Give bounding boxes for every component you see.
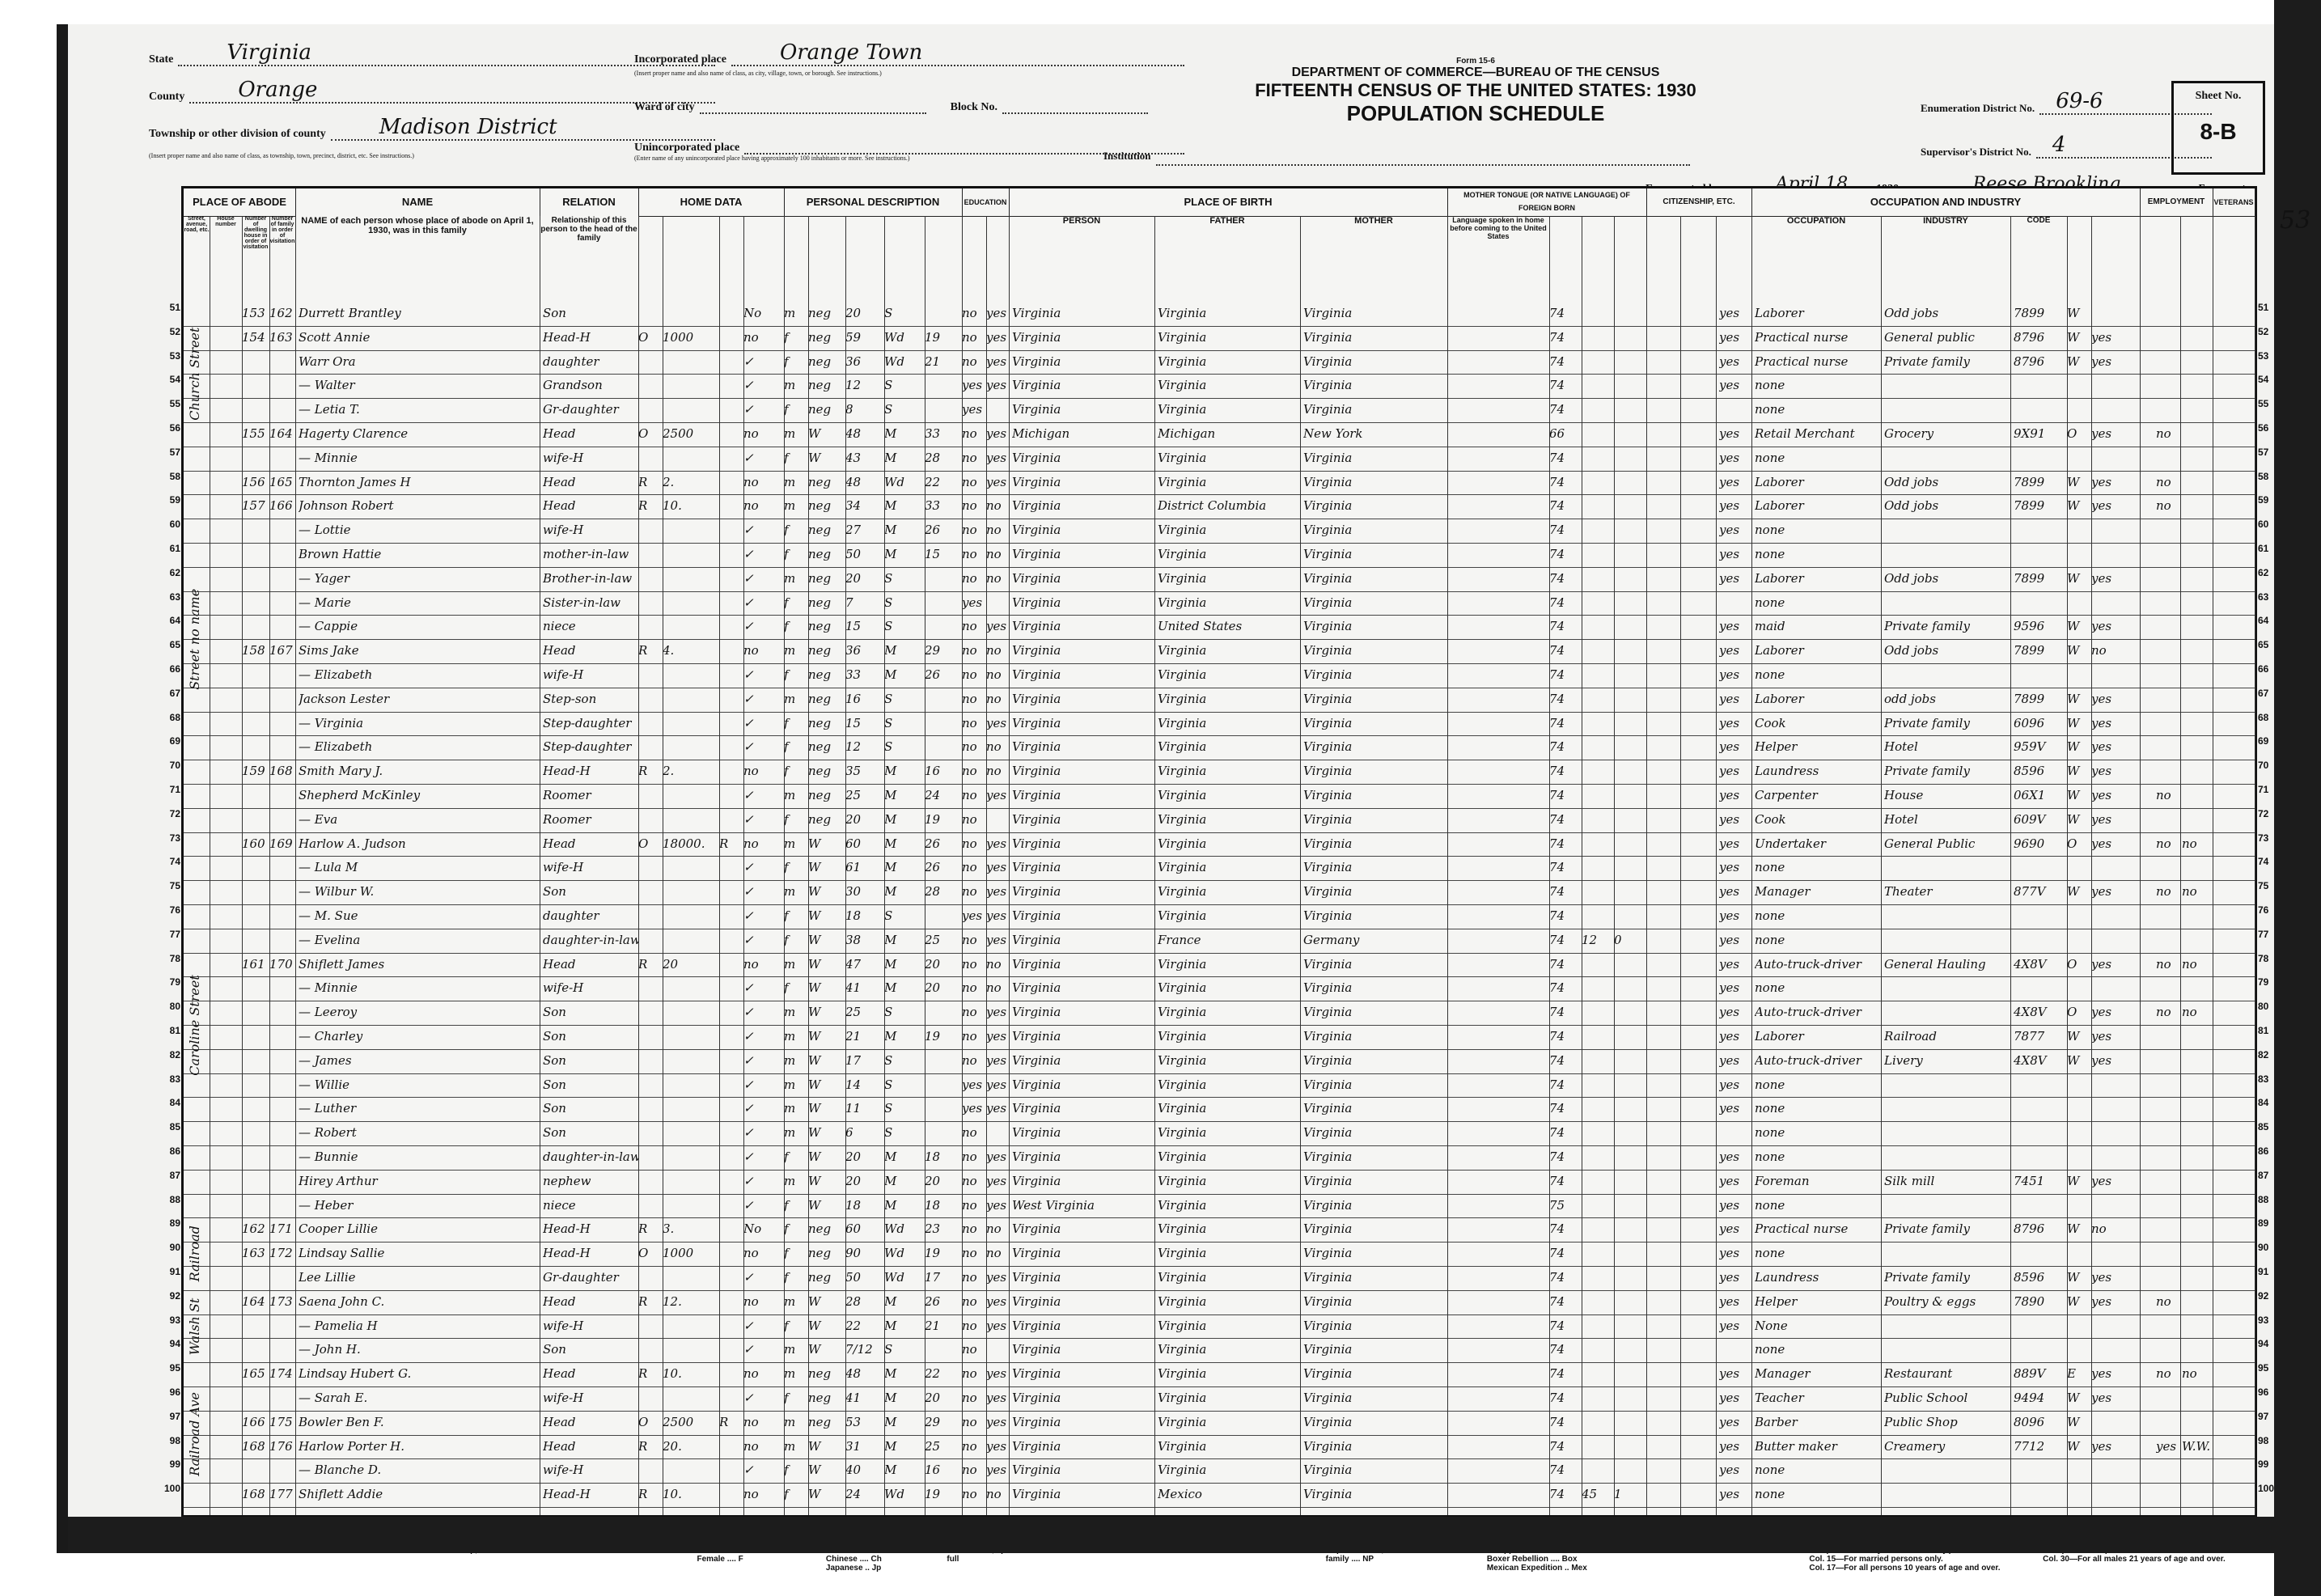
- cell-read: yes: [986, 422, 1009, 447]
- street-annotation: Railroad: [187, 1217, 206, 1289]
- cell-own: [638, 1097, 663, 1121]
- cell-rel: daughter-in-law: [543, 1145, 638, 1170]
- cell-bp: Virginia: [1012, 856, 1154, 880]
- cell-emp: yes: [2091, 832, 2140, 857]
- cell-farm: ✓: [743, 976, 784, 1001]
- cell-eng: yes: [1719, 302, 1751, 326]
- cell-bpf: Virginia: [1158, 1001, 1300, 1025]
- cell-nt: [1614, 447, 1646, 471]
- cell-farm: no: [743, 1290, 784, 1314]
- cell-val: 4.: [663, 639, 719, 663]
- cell-fmar: 26: [925, 856, 962, 880]
- cell-bp: Virginia: [1012, 1170, 1154, 1194]
- cell-age: 21: [845, 1025, 884, 1049]
- cell-eng: [1719, 398, 1751, 422]
- cell-st: 74: [1549, 1266, 1582, 1290]
- cell-sch: no: [962, 567, 986, 591]
- cell-name: — Elizabeth: [299, 663, 538, 688]
- cell-st: 74: [1549, 471, 1582, 495]
- cell-emp: [2091, 1314, 2140, 1339]
- cell-sch: no: [962, 856, 986, 880]
- line-number: 78: [151, 953, 180, 964]
- line-number: 57: [151, 447, 180, 458]
- cell-val: [663, 1266, 719, 1290]
- line-number: 96: [151, 1386, 180, 1398]
- cell-name: Harlow Porter H.: [299, 1435, 538, 1459]
- cell-eng: yes: [1719, 808, 1751, 832]
- cell-code: 7877: [2014, 1025, 2067, 1049]
- cell-dw: 166: [242, 1411, 269, 1435]
- cell-cls: W: [2067, 1025, 2091, 1049]
- cell-sex: m: [784, 1001, 808, 1025]
- cell-code: [2014, 1121, 2067, 1145]
- cell-farm: ✓: [743, 1314, 784, 1339]
- line-number: 84: [151, 1097, 180, 1108]
- cell-farm: ✓: [743, 1025, 784, 1049]
- cell-fmar: [925, 374, 962, 398]
- cell-fam: 175: [269, 1411, 295, 1435]
- cell-occ: none: [1755, 398, 1881, 422]
- cell-farm: no: [743, 953, 784, 977]
- cell-code: 7899: [2014, 302, 2067, 326]
- cell-fam: [269, 1266, 295, 1290]
- cell-nt: [1614, 1411, 1646, 1435]
- cell-mar: S: [884, 567, 925, 591]
- cell-nt: [1614, 1170, 1646, 1194]
- cell-fmar: 21: [925, 1314, 962, 1339]
- group-citizenship: CITIZENSHIP, ETC.: [1646, 188, 1752, 217]
- cell-mar: S: [884, 1001, 925, 1025]
- cell-age: 53: [845, 1411, 884, 1435]
- line-number: 100: [151, 1483, 180, 1494]
- cell-cls: [2067, 1097, 2091, 1121]
- cell-st: 74: [1549, 712, 1582, 736]
- cell-age: 18: [845, 904, 884, 929]
- cell-fmar: [925, 1049, 962, 1073]
- cell-cls: W: [2067, 1411, 2091, 1435]
- cell-farm: ✓: [743, 663, 784, 688]
- cell-war: [2182, 929, 2230, 953]
- cell-dw: [242, 688, 269, 712]
- cell-radio: [719, 784, 743, 808]
- group-occupation: OCCUPATION AND INDUSTRY: [1751, 188, 2141, 217]
- cell-bp: Virginia: [1012, 976, 1154, 1001]
- cell-read: no: [986, 639, 1009, 663]
- line-number: 71: [151, 784, 180, 795]
- cell-radio: [719, 735, 743, 760]
- cell-cls: W: [2067, 808, 2091, 832]
- cell-bp: Michigan: [1012, 422, 1154, 447]
- cell-age: 20: [845, 1170, 884, 1194]
- cell-mar: S: [884, 1097, 925, 1121]
- cell-radio: [719, 398, 743, 422]
- cell-code: [2014, 929, 2067, 953]
- cell-own: R: [638, 1435, 663, 1459]
- cell-sch: no: [962, 471, 986, 495]
- cell-nt: [1614, 760, 1646, 784]
- cell-bp: Virginia: [1012, 735, 1154, 760]
- cell-bpm: Virginia: [1303, 1049, 1447, 1073]
- cell-code: 959V: [2014, 735, 2067, 760]
- cell-radio: [719, 1194, 743, 1218]
- cell-sch: no: [962, 784, 986, 808]
- cell-code: [2014, 1194, 2067, 1218]
- cell-read: yes: [986, 1411, 1009, 1435]
- cell-bp: Virginia: [1012, 326, 1154, 350]
- cell-war: no: [2182, 1001, 2230, 1025]
- cell-radio: [719, 1145, 743, 1170]
- cell-bp: Virginia: [1012, 688, 1154, 712]
- cell-cn: [1582, 1386, 1614, 1411]
- cell-cn: [1582, 1314, 1614, 1339]
- cell-emp: [2091, 1145, 2140, 1170]
- cell-read: no: [986, 494, 1009, 519]
- cell-race: neg: [808, 398, 845, 422]
- cell-nt: [1614, 1362, 1646, 1386]
- cell-val: [663, 880, 719, 904]
- cell-cls: [2067, 1314, 2091, 1339]
- cell-sch: yes: [962, 1073, 986, 1098]
- cell-fam: [269, 350, 295, 375]
- cell-sch: no: [962, 1049, 986, 1073]
- cell-bpm: Virginia: [1303, 904, 1447, 929]
- cell-farm: no: [743, 494, 784, 519]
- cell-mar: M: [884, 1435, 925, 1459]
- cell-dw: [242, 1194, 269, 1218]
- cell-age: 60: [845, 832, 884, 857]
- cell-cn: [1582, 422, 1614, 447]
- cell-sch: no: [962, 760, 986, 784]
- cell-farm: ✓: [743, 688, 784, 712]
- cell-bpf: Virginia: [1158, 591, 1300, 616]
- cell-read: no: [986, 1217, 1009, 1242]
- cell-bpf: Virginia: [1158, 1121, 1300, 1145]
- cell-bp: Virginia: [1012, 1458, 1154, 1483]
- cell-war: [2182, 1314, 2230, 1339]
- cell-occ: none: [1755, 663, 1881, 688]
- cell-fam: [269, 904, 295, 929]
- cell-cls: O: [2067, 422, 2091, 447]
- cell-bpm: Virginia: [1303, 350, 1447, 375]
- cell-rel: Roomer: [543, 784, 638, 808]
- group-mother-tongue: MOTHER TONGUE (OR NATIVE LANGUAGE) OF FO…: [1447, 188, 1647, 217]
- column-divider: [210, 216, 210, 1515]
- cell-bp: Virginia: [1012, 543, 1154, 567]
- cell-cls: [2067, 519, 2091, 543]
- cell-rel: wife-H: [543, 447, 638, 471]
- cell-cls: [2067, 1145, 2091, 1170]
- cell-name: Johnson Robert: [299, 494, 538, 519]
- cell-cn: [1582, 1097, 1614, 1121]
- cell-ind: Odd jobs: [1884, 302, 2010, 326]
- cell-dw: 164: [242, 1290, 269, 1314]
- cell-fam: 164: [269, 422, 295, 447]
- cell-name: — Willie: [299, 1073, 538, 1098]
- cell-eng: yes: [1719, 1411, 1751, 1435]
- cell-radio: [719, 1073, 743, 1098]
- cell-eng: yes: [1719, 1266, 1751, 1290]
- cell-nt: [1614, 615, 1646, 639]
- cell-mar: M: [884, 1145, 925, 1170]
- table-row: 9090163172Lindsay SallieHead-HO1000nofne…: [184, 1242, 2255, 1267]
- cell-ind: Theater: [1884, 880, 2010, 904]
- cell-war: [2182, 494, 2230, 519]
- cell-sch: yes: [962, 591, 986, 616]
- cell-mar: M: [884, 856, 925, 880]
- cell-cn: 45: [1582, 1483, 1614, 1507]
- cell-war: [2182, 398, 2230, 422]
- cell-sex: m: [784, 880, 808, 904]
- cell-age: 25: [845, 784, 884, 808]
- cell-nt: [1614, 398, 1646, 422]
- cell-war: no: [2182, 953, 2230, 977]
- cell-read: no: [986, 953, 1009, 977]
- cell-fmar: 24: [925, 784, 962, 808]
- line-number: 93: [151, 1314, 180, 1326]
- cell-radio: [719, 422, 743, 447]
- cell-st: 74: [1549, 832, 1582, 857]
- cell-bpf: Virginia: [1158, 904, 1300, 929]
- line-number: 99: [151, 1458, 180, 1470]
- group-education: EDUCATION: [962, 188, 1010, 217]
- cell-farm: no: [743, 639, 784, 663]
- cell-mar: S: [884, 615, 925, 639]
- cell-occ: none: [1755, 929, 1881, 953]
- cell-ind: Odd jobs: [1884, 639, 2010, 663]
- cell-sex: m: [784, 784, 808, 808]
- cell-age: 17: [845, 1049, 884, 1073]
- cell-ind: Railroad: [1884, 1025, 2010, 1049]
- line-number: 66: [151, 663, 180, 675]
- cell-name: — Walter: [299, 374, 538, 398]
- cell-rel: Head: [543, 1435, 638, 1459]
- cell-read: yes: [986, 1001, 1009, 1025]
- cell-bpm: Virginia: [1303, 1217, 1447, 1242]
- cell-bp: Virginia: [1012, 1242, 1154, 1266]
- cell-age: 12: [845, 374, 884, 398]
- cell-read: yes: [986, 350, 1009, 375]
- line-number: 64: [151, 615, 180, 626]
- cell-ind: [1884, 929, 2010, 953]
- cell-bpf: Virginia: [1158, 735, 1300, 760]
- table-row: 7171Shepherd McKinleyRoomer✓mneg25M24noy…: [184, 784, 2255, 809]
- cell-name: Saena John C.: [299, 1290, 538, 1314]
- cell-bp: Virginia: [1012, 350, 1154, 375]
- cell-war: [2182, 422, 2230, 447]
- table-row: 6464— Cappieniece✓fneg15SnoyesVirginiaUn…: [184, 615, 2255, 640]
- cell-cn: [1582, 880, 1614, 904]
- cell-eng: yes: [1719, 929, 1751, 953]
- table-row: 8585— RobertSon✓mW6SnoVirginiaVirginiaVi…: [184, 1121, 2255, 1146]
- cell-val: [663, 350, 719, 375]
- cell-occ: none: [1755, 591, 1881, 616]
- cell-eng: yes: [1719, 1217, 1751, 1242]
- cell-sch: no: [962, 1483, 986, 1507]
- cell-code: [2014, 447, 2067, 471]
- line-number: 91: [151, 1266, 180, 1277]
- cell-fmar: 19: [925, 808, 962, 832]
- cell-read: yes: [986, 1458, 1009, 1483]
- cell-fam: 165: [269, 471, 295, 495]
- cell-fam: [269, 712, 295, 736]
- cell-val: [663, 1073, 719, 1098]
- cell-st: 74: [1549, 519, 1582, 543]
- line-number: 61: [151, 543, 180, 554]
- cell-fam: [269, 1458, 295, 1483]
- table-row: 6666— Elizabethwife-H✓fneg33M26nonoVirgi…: [184, 663, 2255, 688]
- cell-fmar: [925, 302, 962, 326]
- cell-own: [638, 1170, 663, 1194]
- cell-val: [663, 929, 719, 953]
- cell-mar: M: [884, 447, 925, 471]
- cell-farm: ✓: [743, 735, 784, 760]
- cell-age: 40: [845, 1458, 884, 1483]
- cell-age: 8: [845, 398, 884, 422]
- cell-ind: Public Shop: [1884, 1411, 2010, 1435]
- cell-cn: [1582, 302, 1614, 326]
- cell-bpf: Virginia: [1158, 1194, 1300, 1218]
- cell-name: — Blanche D.: [299, 1458, 538, 1483]
- cell-dw: 168: [242, 1435, 269, 1459]
- cell-st: 74: [1549, 904, 1582, 929]
- cell-mar: M: [884, 784, 925, 808]
- cell-rel: Step-daughter: [543, 712, 638, 736]
- incorporated-label: Incorporated place: [634, 53, 726, 66]
- cell-nt: [1614, 1290, 1646, 1314]
- cell-val: [663, 302, 719, 326]
- cell-emp: yes: [2091, 1001, 2140, 1025]
- cell-code: 4X8V: [2014, 953, 2067, 977]
- cell-bpm: Virginia: [1303, 374, 1447, 398]
- cell-eng: yes: [1719, 1194, 1751, 1218]
- cell-bpf: Virginia: [1158, 1073, 1300, 1098]
- cell-race: neg: [808, 326, 845, 350]
- cell-fam: [269, 929, 295, 953]
- cell-fmar: 33: [925, 422, 962, 447]
- cell-radio: [719, 1458, 743, 1483]
- cell-emp: [2091, 1194, 2140, 1218]
- cell-own: [638, 567, 663, 591]
- cell-bpm: Virginia: [1303, 1314, 1447, 1339]
- table-row: 5555— Letia T.Gr-daughter✓fneg8SyesVirgi…: [184, 398, 2255, 423]
- cell-fam: 177: [269, 1483, 295, 1507]
- cell-age: 20: [845, 302, 884, 326]
- column-divider: [295, 216, 296, 1515]
- cell-ind: [1884, 904, 2010, 929]
- cell-sex: m: [784, 1025, 808, 1049]
- cell-war: [2182, 808, 2230, 832]
- cell-nt: [1614, 1194, 1646, 1218]
- cell-cls: W: [2067, 735, 2091, 760]
- cell-code: 06X1: [2014, 784, 2067, 808]
- cell-bp: Virginia: [1012, 639, 1154, 663]
- cell-bpf: Virginia: [1158, 1411, 1300, 1435]
- cell-rel: niece: [543, 1194, 638, 1218]
- cell-cls: W: [2067, 494, 2091, 519]
- table-row: 100100168177Shiflett AddieHead-HR10.nofW…: [184, 1483, 2255, 1508]
- cell-own: O: [638, 422, 663, 447]
- cell-read: no: [986, 1483, 1009, 1507]
- cell-bpf: Virginia: [1158, 471, 1300, 495]
- cell-ind: [1884, 1338, 2010, 1362]
- cell-cls: W: [2067, 712, 2091, 736]
- cell-cn: [1582, 494, 1614, 519]
- cell-race: neg: [808, 374, 845, 398]
- cell-dw: 153: [242, 302, 269, 326]
- cell-val: [663, 1338, 719, 1362]
- cell-dw: 163: [242, 1242, 269, 1266]
- cell-emp: [2091, 856, 2140, 880]
- cell-rel: Grandson: [543, 374, 638, 398]
- cell-st: 74: [1549, 447, 1582, 471]
- cell-race: W: [808, 1170, 845, 1194]
- cell-eng: yes: [1719, 1290, 1751, 1314]
- column-divider: [2213, 216, 2213, 1515]
- cell-radio: [719, 760, 743, 784]
- cell-bpf: Virginia: [1158, 832, 1300, 857]
- column-divider: [2091, 216, 2092, 1515]
- cell-mar: M: [884, 953, 925, 977]
- cell-bp: Virginia: [1012, 494, 1154, 519]
- cell-fam: [269, 1386, 295, 1411]
- incorporated-note: (Insert proper name and also name of cla…: [634, 70, 1184, 77]
- cell-ind: Private family: [1884, 760, 2010, 784]
- county-label: County: [149, 91, 184, 104]
- cell-race: neg: [808, 494, 845, 519]
- cell-war: [2182, 1194, 2230, 1218]
- cell-emp: yes: [2091, 494, 2140, 519]
- column-divider: [808, 216, 809, 1515]
- cell-st: 74: [1549, 880, 1582, 904]
- cell-bpf: Virginia: [1158, 543, 1300, 567]
- cell-race: W: [808, 1049, 845, 1073]
- cell-race: neg: [808, 760, 845, 784]
- cell-fmar: 26: [925, 1290, 962, 1314]
- cell-fam: 163: [269, 326, 295, 350]
- cell-sch: no: [962, 1362, 986, 1386]
- line-number: 98: [151, 1435, 180, 1446]
- cell-rel: Step-daughter: [543, 735, 638, 760]
- cell-code: 9X91: [2014, 422, 2067, 447]
- cell-sch: no: [962, 1266, 986, 1290]
- cell-fmar: 22: [925, 471, 962, 495]
- cell-bpf: France: [1158, 929, 1300, 953]
- cell-eng: yes: [1719, 639, 1751, 663]
- cell-occ: Laborer: [1755, 302, 1881, 326]
- cell-bpm: Virginia: [1303, 398, 1447, 422]
- cell-rel: Head: [543, 1362, 638, 1386]
- cell-own: R: [638, 471, 663, 495]
- cell-race: neg: [808, 1411, 845, 1435]
- cell-sex: m: [784, 494, 808, 519]
- cell-st: 66: [1549, 422, 1582, 447]
- cell-fmar: 20: [925, 953, 962, 977]
- cell-occ: Practical nurse: [1755, 326, 1881, 350]
- cell-rel: nephew: [543, 1170, 638, 1194]
- cell-mar: M: [884, 663, 925, 688]
- institution-line: Institution: [1103, 150, 1690, 166]
- cell-bp: Virginia: [1012, 398, 1154, 422]
- column-divider: [1646, 216, 1647, 1515]
- cell-occ: none: [1755, 1194, 1881, 1218]
- cell-sch: no: [962, 1386, 986, 1411]
- cell-emp: [2091, 591, 2140, 616]
- cell-st: 74: [1549, 1411, 1582, 1435]
- column-divider: [269, 216, 270, 1515]
- cell-occ: Butter maker: [1755, 1435, 1881, 1459]
- cell-name: Shepherd McKinley: [299, 784, 538, 808]
- cell-code: 7712: [2014, 1435, 2067, 1459]
